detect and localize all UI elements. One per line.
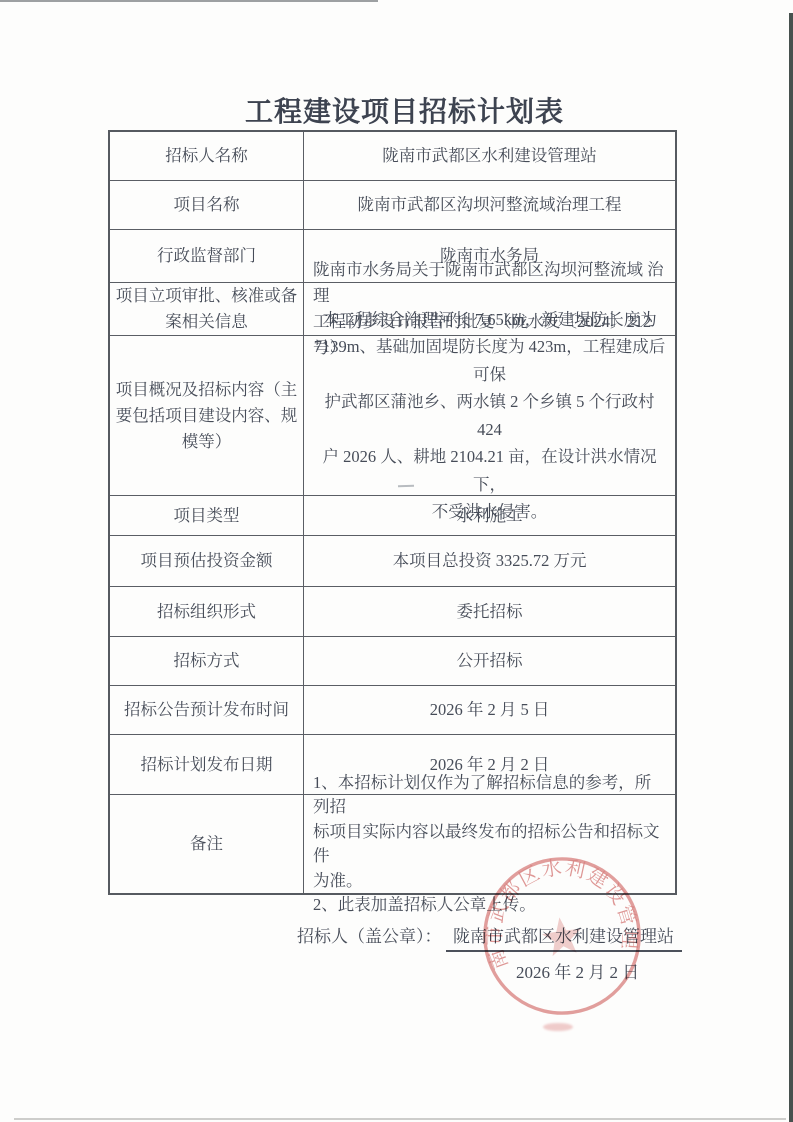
scanned-document-page: 工程建设项目招标计划表 招标人名称 陇南市武都区水利建设管理站 项目名称 陇南市… xyxy=(0,0,793,1122)
table-row: 项目类型 水利施工 xyxy=(110,495,675,535)
signature-date: 2026 年 2 月 2 日 xyxy=(516,958,639,983)
page-title: 工程建设项目招标计划表 xyxy=(16,90,793,130)
row-label: 招标公告预计发布时间 xyxy=(110,686,304,734)
row-label: 招标组织形式 xyxy=(110,587,304,636)
row-label: 行政监督部门 xyxy=(110,230,304,282)
row-label: 项目名称 xyxy=(110,181,304,229)
scan-edge-top xyxy=(0,0,378,2)
scan-edge-bottom xyxy=(14,1118,786,1120)
scan-edge-right xyxy=(789,13,793,1122)
row-value: 陇南市武都区沟坝河整流域治理工程 xyxy=(304,181,675,229)
row-label: 项目类型 xyxy=(110,496,304,535)
row-value: 陇南市武都区水利建设管理站 xyxy=(304,132,675,180)
signer-line: 招标人（盖公章）：陇南市武都区水利建设管理站 xyxy=(297,922,682,952)
table-row: 备注 1、本招标计划仅作为了解招标信息的参考，所列招 标项目实际内容以最终发布的… xyxy=(110,794,675,893)
table-row: 项目预估投资金额 本项目总投资 3325.72 万元 xyxy=(110,535,675,586)
tender-plan-table: 招标人名称 陇南市武都区水利建设管理站 项目名称 陇南市武都区沟坝河整流域治理工… xyxy=(108,130,677,895)
row-label: 备注 xyxy=(110,795,304,893)
table-row: 招标人名称 陇南市武都区水利建设管理站 xyxy=(110,132,675,180)
row-label: 招标计划发布日期 xyxy=(110,735,304,794)
row-value: 委托招标 xyxy=(304,587,675,636)
row-label: 项目预估投资金额 xyxy=(110,536,304,586)
table-row: 招标公告预计发布时间 2026 年 2 月 5 日 xyxy=(110,685,675,734)
row-label: 招标方式 xyxy=(110,637,304,685)
table-row: 招标组织形式 委托招标 xyxy=(110,586,675,636)
table-row: 项目概况及招标内容（主要包括项目建设内容、规模等） 本工程综合治理河长 7.65… xyxy=(110,335,675,495)
row-value: 1、本招标计划仅作为了解招标信息的参考，所列招 标项目实际内容以最终发布的招标公… xyxy=(304,795,675,893)
row-label: 项目立项审批、核准或备案相关信息 xyxy=(110,283,304,335)
stamp-ink-smudge xyxy=(543,1023,573,1031)
row-value: 水利施工 xyxy=(304,496,675,535)
table-row: 招标方式 公开招标 xyxy=(110,636,675,685)
row-value: 公开招标 xyxy=(304,637,675,685)
row-value: 2026 年 2 月 5 日 xyxy=(304,686,675,734)
row-value: 本项目总投资 3325.72 万元 xyxy=(304,536,675,586)
row-label: 招标人名称 xyxy=(110,132,304,180)
row-value: 本工程综合治理河长 7.65km，新建堤防长度为 7139m、基础加固堤防长度为… xyxy=(304,336,675,495)
signer-name: 陇南市武都区水利建设管理站 xyxy=(446,922,682,952)
row-label: 项目概况及招标内容（主要包括项目建设内容、规模等） xyxy=(110,336,304,495)
signer-label: 招标人（盖公章）： xyxy=(297,927,442,946)
table-row: 项目名称 陇南市武都区沟坝河整流域治理工程 xyxy=(110,180,675,229)
